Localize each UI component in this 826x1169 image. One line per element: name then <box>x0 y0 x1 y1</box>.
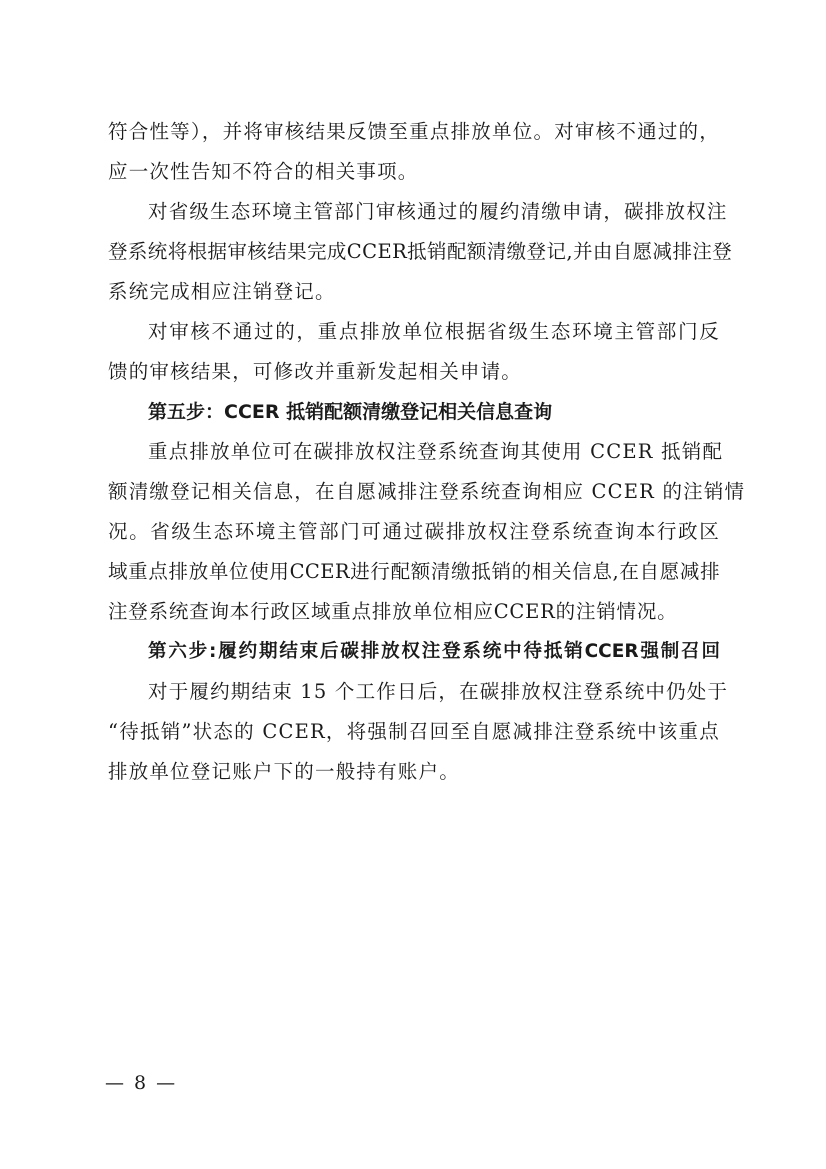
section-heading-step5: 第五步：CCER 抵销配额清缴登记相关信息查询 <box>148 397 720 427</box>
paragraph-line: 对审核不通过的，重点排放单位根据省级生态环境主管部门反 <box>148 317 720 347</box>
paragraph-line: 对于履约期结束 15 个工作日后，在碳排放权注登系统中仍处于 <box>148 677 720 707</box>
paragraph-line: 额清缴登记相关信息，在自愿减排注登系统查询相应 CCER 的注销情 <box>108 477 720 507</box>
paragraph-line: 应一次性告知不符合的相关事项。 <box>108 157 720 187</box>
document-page: 符合性等），并将审核结果反馈至重点排放单位。对审核不通过的， 应一次性告知不符合… <box>0 0 826 1169</box>
paragraph-line: 符合性等），并将审核结果反馈至重点排放单位。对审核不通过的， <box>108 117 720 147</box>
paragraph-line: 域重点排放单位使用CCER进行配额清缴抵销的相关信息,在自愿减排 <box>108 557 720 587</box>
paragraph-line: 对省级生态环境主管部门审核通过的履约清缴申请，碳排放权注 <box>148 197 720 227</box>
paragraph-line: 馈的审核结果，可修改并重新发起相关申请。 <box>108 357 720 387</box>
page-number: — 8 — <box>105 1072 177 1094</box>
paragraph-line: 系统完成相应注销登记。 <box>108 277 720 307</box>
paragraph-line: 况。省级生态环境主管部门可通过碳排放权注登系统查询本行政区 <box>108 517 720 547</box>
paragraph-line: 重点排放单位可在碳排放权注登系统查询其使用 CCER 抵销配 <box>148 437 720 467</box>
paragraph-line: 登系统将根据审核结果完成CCER抵销配额清缴登记,并由自愿减排注登 <box>108 237 720 267</box>
section-heading-step6: 第六步:履约期结束后碳排放权注登系统中待抵销CCER强制召回 <box>148 637 720 667</box>
paragraph-line: 排放单位登记账户下的一般持有账户。 <box>108 757 720 787</box>
paragraph-line: “待抵销”状态的 CCER，将强制召回至自愿减排注登系统中该重点 <box>108 717 720 747</box>
paragraph-line: 注登系统查询本行政区域重点排放单位相应CCER的注销情况。 <box>108 597 720 627</box>
